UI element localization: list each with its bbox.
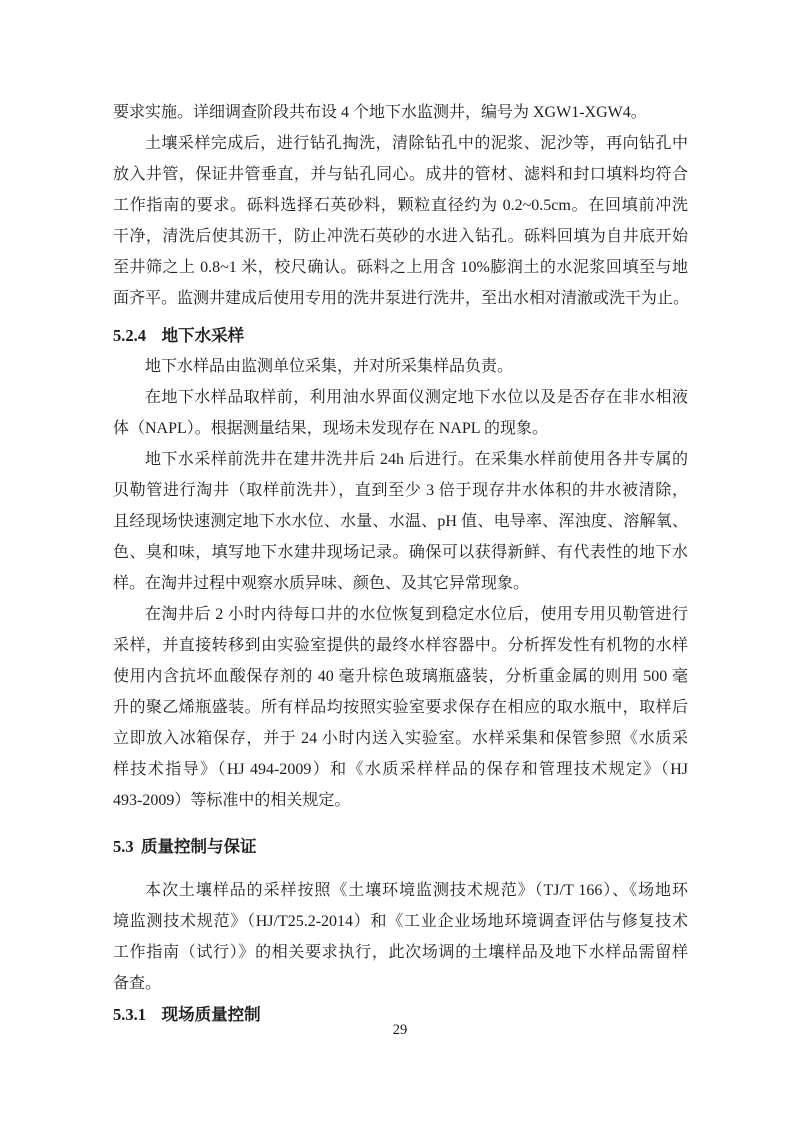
para-sample-containers-line: 在淘井后 2 小时内待每口井的水位恢复到稳定水位后，使用专用贝勒管进行 bbox=[113, 599, 688, 630]
para-well-purging-line: 色、臭和味，填写地下水建井现场记录。确保可以获得新鲜、有代表性的地下水 bbox=[113, 537, 688, 568]
section-heading-5.2.4: 5.2.4地下水采样 bbox=[113, 320, 688, 351]
heading-title: 质量控制与保证 bbox=[141, 837, 257, 856]
heading-number: 5.3 bbox=[113, 837, 134, 856]
para-well-construction-line: 放入井管，保证井管垂直，并与钻孔同心。成井的管材、滤料和封口填料均符合 bbox=[113, 159, 688, 190]
para-qc-standards-line: 本次土壤样品的采样按照《土壤环境监测技术规范》（TJ/T 166）、《场地环 bbox=[113, 875, 688, 906]
para-sample-containers-line: 样技术指导》（HJ 494-2009）和《水质采样样品的保存和管理技术规定》（H… bbox=[113, 754, 688, 785]
para-well-purging-line: 且经现场快速测定地下水水位、水量、水温、pH 值、电导率、浑浊度、溶解氧、 bbox=[113, 506, 688, 537]
para-well-construction-line: 至井筛之上 0.8~1 米，校尺确认。砾料之上用含 10%膨润土的水泥浆回填至与… bbox=[113, 252, 688, 283]
para-napl-measurement-line: 体（NAPL）。根据测量结果，现场未发现存在 NAPL 的现象。 bbox=[113, 413, 688, 444]
para-sample-containers-line: 493-2009）等标准中的相关规定。 bbox=[113, 785, 688, 816]
para-well-purging-line: 样。在淘井过程中观察水质异味、颜色、及其它异常现象。 bbox=[113, 568, 688, 599]
text-column: 要求实施。详细调查阶段共布设 4 个地下水监测井，编号为 XGW1-XGW4。土… bbox=[113, 97, 688, 1030]
page-number: 29 bbox=[393, 1022, 408, 1038]
para-qc-standards-line: 境监测技术规范》（HJ/T25.2-2014）和《工业企业场地环境调查评估与修复… bbox=[113, 906, 688, 937]
para-sample-containers-line: 采样，并直接转移到由实验室提供的最终水样容器中。分析挥发性有机物的水样 bbox=[113, 630, 688, 661]
document-page: 要求实施。详细调查阶段共布设 4 个地下水监测井，编号为 XGW1-XGW4。土… bbox=[0, 0, 800, 1131]
heading-number: 5.2.4 bbox=[113, 326, 146, 345]
para-qc-standards-line: 工作指南（试行）》的相关要求执行，此次场调的土壤样品及地下水样品需留样 bbox=[113, 937, 688, 968]
para-well-construction-line: 工作指南的要求。砾料选择石英砂料，颗粒直径约为 0.2~0.5cm。在回填前冲洗 bbox=[113, 190, 688, 221]
para-sample-containers-line: 使用内含抗坏血酸保存剂的 40 毫升棕色玻璃瓶盛装，分析重金属的则用 500 毫 bbox=[113, 661, 688, 692]
para-sample-containers-line: 立即放入冰箱保存，并于 24 小时内送入实验室。水样采集和保管参照《水质采 bbox=[113, 723, 688, 754]
para-well-purging-line: 贝勒管进行淘井（取样前洗井），直到至少 3 倍于现存井水体积的井水被清除， bbox=[113, 475, 688, 506]
para-well-purging-line: 地下水采样前洗井在建井洗井后 24h 后进行。在采集水样前使用各井专属的 bbox=[113, 444, 688, 475]
para-well-construction-line: 面齐平。监测井建成后使用专用的洗井泵进行洗井，至出水相对清澈或洗干为止。 bbox=[113, 283, 688, 314]
para-sample-containers-line: 升的聚乙烯瓶盛装。所有样品均按照实验室要求保存在相应的取水瓶中，取样后 bbox=[113, 692, 688, 723]
para-well-construction-line: 土壤采样完成后，进行钻孔掏洗，清除钻孔中的泥浆、泥沙等，再向钻孔中 bbox=[113, 128, 688, 159]
para-well-layout-continuation-line: 要求实施。详细调查阶段共布设 4 个地下水监测井，编号为 XGW1-XGW4。 bbox=[113, 97, 688, 128]
para-well-construction-line: 干净，清洗后使其沥干，防止冲洗石英砂的水进入钻孔。砾料回填为自井底开始 bbox=[113, 221, 688, 252]
heading-title: 地下水采样 bbox=[162, 326, 245, 345]
para-qc-standards-line: 备查。 bbox=[113, 968, 688, 999]
section-heading-5.3: 5.3质量控制与保证 bbox=[113, 831, 688, 862]
page-footer: 29 bbox=[0, 1020, 800, 1040]
para-napl-measurement-line: 在地下水样品取样前，利用油水界面仪测定地下水位以及是否存在非水相液 bbox=[113, 382, 688, 413]
para-sampling-responsibility-line: 地下水样品由监测单位采集，并对所采集样品负责。 bbox=[113, 351, 688, 382]
